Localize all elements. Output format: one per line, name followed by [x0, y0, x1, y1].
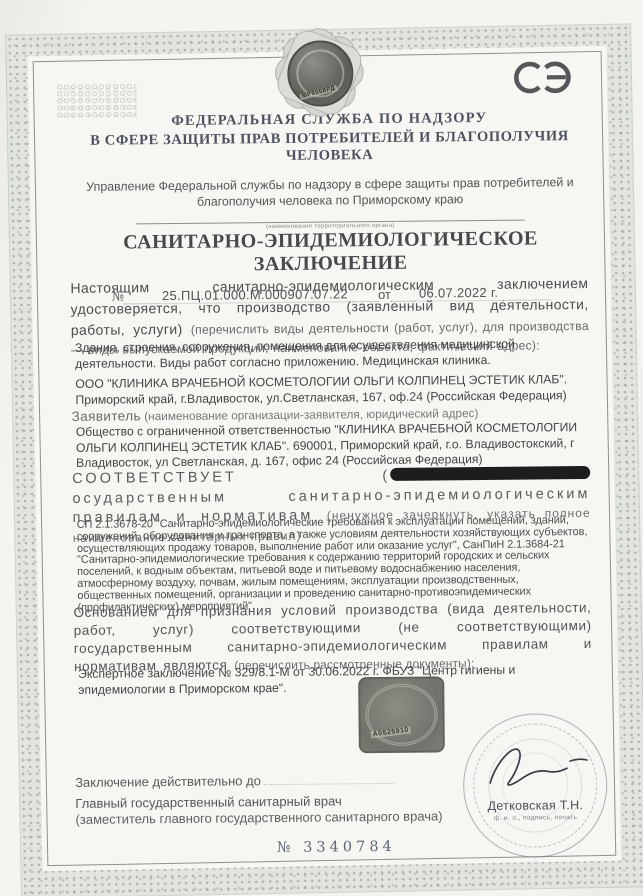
- anticopy-texture-block: [56, 83, 136, 118]
- certificate-content: МР9008РД ФЕДЕРАЛЬНАЯ СЛУЖБА ПО НАДЗОРУ В…: [58, 33, 607, 884]
- hologram-stamp-square: А0525910: [358, 676, 445, 753]
- scanned-certificate-sheet: МР9008РД ФЕДЕРАЛЬНАЯ СЛУЖБА ПО НАДЗОРУ В…: [0, 0, 643, 896]
- agency-name-line2: В СФЕРЕ ЗАЩИТЫ ПРАВ ПОТРЕБИТЕЛЕЙ И БЛАГО…: [59, 128, 600, 167]
- dotted-underline: [264, 771, 394, 785]
- hologram-seal: МР9008РД: [266, 32, 371, 111]
- stamp-serial: А0525910: [370, 726, 411, 738]
- applicant-value-full: Общество с ограниченной ответственностью…: [76, 420, 590, 471]
- expert-conclusion-value: Экспертное заключение № 329/8.1-М от 30.…: [78, 662, 578, 698]
- se-monogram-icon: [509, 55, 575, 107]
- valid-until-row: Заключение действительно до: [75, 769, 593, 790]
- footer-block: Заключение действительно до Главный госу…: [75, 769, 593, 827]
- verdict-text: СООТВЕТСТВУЕТ (: [72, 468, 390, 487]
- activity-value: Здания, строения, сооружения, помещения …: [75, 336, 589, 372]
- applicant-value-short: ООО "КЛИНИКА ВРАЧЕБНОЙ КОСМЕТОЛОГИИ ОЛЬГ…: [75, 372, 589, 408]
- header-visuals: МР9008РД: [58, 33, 600, 112]
- applicant-label: Заявитель: [72, 408, 141, 424]
- document-title: САНИТАРНО-ЭПИДЕМИОЛОГИЧЕСКОЕ ЗАКЛЮЧЕНИЕ: [60, 227, 601, 278]
- redaction-mark: [390, 466, 590, 481]
- hologram-serial: МР9008РД: [299, 85, 338, 100]
- valid-until-label: Заключение действительно до: [75, 773, 261, 790]
- territorial-office: Управление Федеральной службы по надзору…: [59, 174, 600, 211]
- seal-circle: МР9008РД: [287, 40, 354, 107]
